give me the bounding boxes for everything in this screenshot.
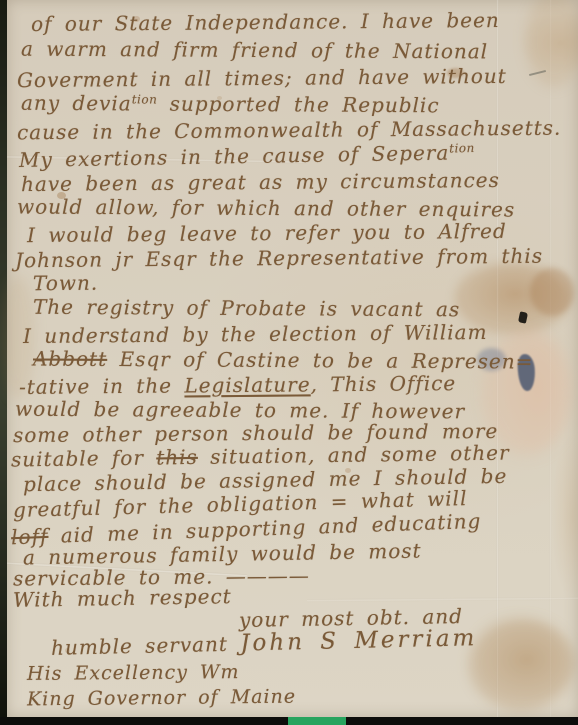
letter-text-segment: King Governor of Maine — [27, 686, 296, 711]
letter-line: would allow, for which and other enquire… — [17, 194, 515, 221]
scan-edge-bottom — [0, 717, 578, 725]
letter-line: Abbott Esqr of Castine to be a Represen= — [33, 346, 534, 373]
letter-text-segment: tion — [449, 141, 475, 155]
letter-line: The registry of Probate is vacant as — [33, 295, 460, 322]
letter-text-segment: With much respect — [13, 584, 232, 612]
letter-line: His Excellency Wm — [27, 661, 240, 685]
letter-line: With much respect — [13, 584, 232, 612]
letter-line: have been as great as my circumstances — [21, 168, 500, 196]
letter-text-segment: -tative in the — [19, 373, 185, 398]
letter-line: a warm and firm friend of the National — [21, 37, 488, 64]
letter-text-segment: I understand by the election of William — [23, 320, 488, 348]
letter-line: of our State Independance. I have been — [31, 8, 500, 36]
letter-text-segment: Goverment in all times; and have without — [17, 64, 507, 92]
letter-text-segment: Town. — [33, 271, 98, 296]
letter-line: Town. — [33, 271, 98, 296]
letter-text-segment: His Excellency Wm — [27, 661, 240, 685]
letter-text-segment: have been as great as my circumstances — [21, 168, 500, 196]
letter-line: any deviation supported the Republic — [21, 91, 440, 118]
letter-text-segment: Esqr of Castine to be a Represen= — [107, 347, 533, 374]
letter-page: of our State Independance. I have beena … — [7, 0, 578, 717]
scanned-letter: of our State Independance. I have beena … — [0, 0, 578, 725]
letter-text-segment: this — [156, 445, 198, 470]
letter-text-segment: tion — [132, 92, 158, 106]
letter-text-segment: Abbott — [33, 346, 107, 370]
letter-line: humble servant John S Merriam — [51, 625, 478, 661]
letter-text-segment: My exertions in the cause of Sepera — [19, 140, 450, 172]
letter-text-segment: of our State Independance. I have been — [31, 8, 500, 36]
letter-text-segment: any devia — [21, 91, 132, 116]
letter-text-segment: Johnson jr Esqr the Representative from … — [15, 244, 543, 273]
letter-text-segment: a warm and firm friend of the National — [21, 37, 488, 64]
letter-line: -tative in the Legislature, This Office — [19, 371, 456, 399]
letter-body: of our State Independance. I have beena … — [7, 0, 578, 717]
letter-text-segment: humble servant — [51, 632, 241, 660]
letter-text-segment: supported the Republic — [157, 92, 439, 118]
letter-line: I understand by the election of William — [23, 320, 488, 348]
letter-text-segment: The registry of Probate is vacant as — [33, 295, 460, 322]
letter-text-segment: Legislature — [184, 372, 310, 397]
letter-line: cause in the Commonwealth of Massachuset… — [17, 116, 562, 145]
letter-text-segment: I would beg leave to refer you to Alfred — [27, 219, 507, 247]
letter-line: My exertions in the cause of Seperation — [19, 140, 475, 172]
letter-line: I would beg leave to refer you to Alfred — [27, 219, 507, 247]
letter-line: Goverment in all times; and have without — [17, 64, 507, 92]
letter-text-segment: cause in the Commonwealth of Massachuset… — [17, 116, 562, 145]
letter-text-segment: would allow, for which and other enquire… — [17, 194, 515, 221]
letter-text-segment: , This Office — [311, 371, 457, 396]
letter-line: Johnson jr Esqr the Representative from … — [15, 244, 543, 273]
scan-edge-green-segment — [288, 717, 346, 725]
letter-text-segment: John S Merriam — [240, 625, 478, 656]
letter-line: King Governor of Maine — [27, 686, 296, 711]
letter-text-segment: suitable for — [11, 445, 157, 471]
